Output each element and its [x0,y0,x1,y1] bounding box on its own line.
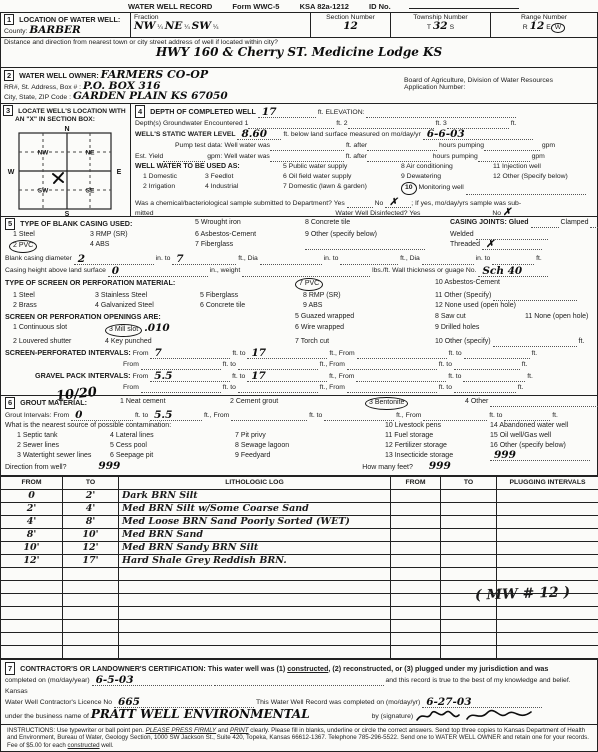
use-option-11: 11 Injection well [493,162,541,172]
use-option-7: 7 Domestic (lawn & garden) [283,182,401,195]
gw-2: ft. 2 [336,120,347,127]
gpi-ft-end-2: ft. [518,384,524,391]
log-cell-litho [119,567,391,580]
gpi-blank-4b [454,385,516,393]
business-name-label: under the business name of [5,713,89,720]
casing-option-9: 9 Other (specify below) [305,230,450,240]
log-cell-pt [441,515,497,528]
log-cell-plug [497,502,598,515]
chem-yes-blank [347,200,373,208]
static-level-value: 8.60 [241,129,267,140]
section1-section-cell: Section Number 12 [311,13,391,37]
log-cell-from [1,619,63,632]
business-name-value: PRATT WELL ENVIRONMENTAL [91,707,310,721]
section3-number: 3 [3,105,13,116]
log-cell-litho [119,632,391,645]
cert-blank-1 [214,678,384,686]
township-t: T [427,24,431,31]
compass-w: W [8,169,15,176]
col-from-1: FROM [1,476,63,489]
log-cell-pf [391,645,441,658]
col-from-2: FROM [391,476,441,489]
yield-gpm-label: gpm: [207,153,222,160]
section6: 6 GROUT MATERIAL: 1 Neat cement 2 Cement… [1,396,597,476]
opening-other-blank [493,339,577,347]
licence-number: 665 [118,697,140,708]
groundwater-label: Depth(s) Groundwater Encountered [135,120,243,127]
log-cell-pt [441,619,497,632]
log-cell-plug [497,541,598,554]
section3-title-2: AN "X" IN SECTION BOX: [15,116,95,123]
compass-n: N [64,126,69,133]
log-cell-to: 4' [63,502,119,515]
log-cell-to [63,619,119,632]
pump-hours-1: hours pumping [439,142,484,149]
fraction-3: SW [192,20,211,32]
opening-option-9: 9 Drilled holes [435,323,479,337]
section4-cell: 4 DEPTH OF COMPLETED WELL 17 ft. ELEVATI… [131,104,597,216]
log-table-row: 4'8'Med Loose BRN Sand Poorly Sorted (WE… [1,515,598,528]
gpi-from-label-2: ft., From [329,373,354,380]
depth-ft: ft. [318,109,324,116]
screen-option-6: 6 Concrete tile [200,301,295,311]
screen-other-blank [493,293,577,301]
section3-title-1: LOCATE WELL'S LOCATION WITH [18,108,126,115]
log-cell-pt [441,645,497,658]
log-cell-pt [441,606,497,619]
dia-into-1: in. to [156,255,171,262]
log-cell-pf [391,554,441,567]
dia-blank-2b [340,257,398,265]
disinfected-label: Water Well Disinfected? Yes [335,210,420,217]
col-plugging-intervals: PLUGGING INTERVALS [497,476,598,489]
casing-depth-value: 7 [176,254,183,265]
section-number-value: 12 [343,20,358,32]
casing-option-8: 8 Concrete tile [305,218,450,230]
contam-option-9: 9 Feedyard [235,451,385,461]
how-many-feet-label: How many feet? [362,464,413,471]
gi-ft-end: ft. [552,412,558,419]
log-cell-from [1,645,63,658]
log-cell-from [1,580,63,593]
log-cell-from: 12' [1,554,63,567]
how-many-feet-value: 999 [429,460,451,472]
log-cell-pf [391,541,441,554]
log-cell-pf [391,502,441,515]
log-cell-pf [391,593,441,606]
log-cell-from: 10' [1,541,63,554]
pump-www-1: Well water was [225,142,271,149]
section1-distance-row: Distance and direction from nearest town… [1,38,597,68]
section1-number: 1 [4,14,14,25]
spi-blank-2a [357,351,447,359]
compass-e: E [117,169,122,176]
screen-interval-to: 17 [251,348,266,359]
agency-label: Board of Agriculture, Division of Water … [404,77,553,84]
gi-from-label-2: ft., From [204,412,229,419]
section1-township-cell: Township Number T 32 S [391,13,491,37]
application-number-label: Application Number: [404,84,465,91]
opening-option-1: 1 Continuous slot [5,323,105,337]
log-cell-to [63,580,119,593]
dia-blank-3a [422,257,474,265]
dia-blank-2a [260,257,322,265]
gpi-from-label-3: From [123,384,139,391]
opening-other-ft: ft. [579,338,585,345]
pump-blank-4 [270,154,344,162]
static-level-mid-label: ft. below land surface measured on mo/da… [283,131,421,138]
quarter-1: ¼ [157,24,162,31]
quad-nw: NW [38,149,50,156]
log-cell-litho [119,593,391,606]
gi-blank-2a [231,413,307,421]
licence-label: Water Well Contractor's Licence No [5,699,112,706]
log-cell-pt [441,541,497,554]
casing-option-7: 7 Fiberglass [195,240,305,253]
casing-option-2-circled: 2 PVC [9,240,37,253]
county-value: BARBER [29,24,80,36]
log-cell-pt [441,502,497,515]
lithologic-log-table: FROM TO LITHOLOGIC LOG FROM TO PLUGGING … [0,476,598,659]
direction-label: Direction from well? [5,464,66,471]
clamped-blank [590,220,598,228]
log-cell-from [1,567,63,580]
section2-number: 2 [4,70,14,81]
log-cell-litho: Dark BRN Silt [119,489,391,502]
chem-no-x: ✗ [389,198,397,208]
log-table-row: 02'Dark BRN Silt [1,489,598,502]
casing-height-label: Casing height above land surface [5,267,106,274]
depth-value: 17 [262,107,277,118]
contam-option-6: 6 Seepage pit [110,451,235,461]
form-number: Form WWC-5 [232,2,279,11]
compass-s: S [65,211,70,216]
casing-diameter-value: 2 [78,254,85,265]
log-cell-to: 2' [63,489,119,502]
gpi-from-label-1: From [132,373,148,380]
pump-blank-1 [270,143,344,151]
log-table-row [1,567,598,580]
grout-interval-from: 0 [75,410,82,421]
log-cell-to [63,632,119,645]
use-label: WELL WATER TO BE USED AS: [135,162,283,172]
wall-thickness-value: Sch 40 [482,266,522,277]
log-table-row [1,645,598,658]
spi-to-label-3: ft. to [223,361,236,368]
log-cell-litho [119,606,391,619]
log-cell-from: 8' [1,528,63,541]
spi-blank-2b [464,351,530,359]
gw-blank-2 [348,121,434,129]
log-cell-pf [391,567,441,580]
screen-material-title: TYPE OF SCREEN OR PERFORATION MATERIAL: [5,278,175,287]
yield-blank [163,154,205,162]
gw-ft-end: ft. [511,120,517,127]
grout-other-blank [490,399,598,407]
opening-option-5: 5 Guazed wrapped [295,312,435,323]
contam-option-12: 12 Fertilizer storage [385,441,490,451]
section5-number: 5 [5,218,15,230]
gravel-interval-from: 5.5 [154,371,172,382]
log-cell-litho: Med BRN Silt w/Some Coarse Sand [119,502,391,515]
gravel-intervals-label: GRAVEL PACK INTERVALS: [35,371,131,380]
col-to-2: TO [441,476,497,489]
log-cell-pt [441,567,497,580]
log-cell-litho [119,580,391,593]
casing-height-value: 0 [112,266,119,277]
gpi-blank-2b [463,374,525,382]
certification-constructed: constructed [287,664,328,673]
log-table-row: 2'4'Med BRN Silt w/Some Coarse Sand [1,502,598,515]
id-blank [409,2,519,9]
screen-option-11: 11 Other (Specify) [435,292,491,299]
pump-blank-2 [367,143,437,151]
log-cell-from [1,606,63,619]
section1-location-row: 1 LOCATION OF WATER WELL: County: BARBER… [1,13,597,38]
city-label: City, State, ZIP Code : [4,94,71,101]
log-table-row [1,632,598,645]
pump-blank-3 [484,143,540,151]
threaded-x: ✗ [486,240,494,250]
screen-option-5: 5 Fiberglass [200,291,295,301]
screen-option-8: 8 RMP (SR) [295,291,435,301]
screen-option-10: 10 Asbestos-Cement [435,278,500,291]
disinfected-no-label: No [492,210,501,217]
contam-option-10: 10 Livestock pens [385,421,490,431]
section6-number: 6 [5,397,15,409]
range-r: R [523,24,528,31]
threaded-label: Threaded [450,241,480,248]
chem-sample-label: Was a chemical/bacteriological sample su… [135,200,345,207]
gi-blank-3b [504,413,550,421]
grout-intervals-label: Grout Intervals: From [5,412,69,419]
section-box-diagram: N S W E NW NE SW SE [3,124,127,216]
spi-blank-3b [238,362,318,370]
distance-value: HWY 160 & Cherry ST. Medicine Lodge KS [156,45,442,59]
section2-owner-row: 2 WATER WELL OWNER: FARMERS CO-OP RR#, S… [1,68,597,104]
city-value: GARDEN PLAIN KS 67050 [73,90,228,102]
form-title: WATER WELL RECORD [128,2,212,11]
use-option-12: 12 Other (Specify below) [493,172,568,182]
casing-option-1: 1 Steel [5,230,90,240]
gravel-interval-to: 17 [251,371,266,382]
log-cell-plug [497,515,598,528]
use-option-5: 5 Public water supply [283,162,401,172]
section1-fraction-cell: Fraction NW ¼ NE ¼ SW ¼ [131,13,311,37]
gi-from-label-3: ft., From [396,412,421,419]
gi-to-label-1: ft. to [135,412,148,419]
log-cell-pf [391,619,441,632]
log-table-row: 10'12'Med BRN Sandy BRN Silt [1,541,598,554]
address-label: RR#, St. Address, Box # : [4,84,81,91]
log-cell-litho: Med BRN Sand [119,528,391,541]
log-cell-pf [391,606,441,619]
county-label: County: [4,28,27,35]
log-cell-plug [497,567,598,580]
grout-option-1: 1 Neat cement [120,397,230,410]
log-cell-pt [441,632,497,645]
pump-after-1: ft. after [346,142,367,149]
spi-from-label-2: ft., From [329,350,354,357]
gpi-ft-end-1: ft. [527,373,533,380]
opening-option-4: 4 Key punched [105,337,295,347]
contam-option-3: 3 Watertight sewer lines [5,451,110,461]
use-option-9: 9 Dewatering [401,172,493,182]
opening-option-11: 11 None (open hole) [525,312,588,323]
section1-county-cell: 1 LOCATION OF WATER WELL: County: BARBER [1,13,131,37]
casing-other-blank [305,242,425,250]
contam-option-8: 8 Sewage lagoon [235,441,385,451]
col-to-1: TO [63,476,119,489]
log-cell-to [63,645,119,658]
glued-blank [531,220,559,228]
form-id-label: ID No. [369,2,391,11]
chem-no-label: No [375,200,384,207]
gpi-from-label-4: ft., From [320,384,345,391]
contam-option-7: 7 Pit privy [235,431,385,441]
depth-label: DEPTH OF COMPLETED WELL [150,107,256,116]
opening-option-3-circled: 3 Mill slot [105,324,142,337]
welded-label: Welded [450,231,474,238]
pump-test-label: Pump test data: [175,142,223,149]
dia-ftdia-2: ft., Dia [400,255,420,262]
pump-hours-2: hours pumping [433,153,478,160]
spi-ft-end-2: ft. [522,361,528,368]
section1-range-cell: Range Number R 12 EW [491,13,597,37]
record-completed-label: This Water Well Record was completed on … [256,699,420,706]
completed-on-label: completed on (mo/day/year) [5,677,90,684]
use-option-3: 3 Feedlot [205,172,283,182]
log-cell-plug [497,489,598,502]
use-option-10-label: Monitoring well [418,184,463,191]
log-cell-pt [441,554,497,567]
contam-option-5: 5 Cess pool [110,441,235,451]
wall-thickness-label: lbs./ft. Wall thickness or guage No. [372,267,476,274]
contam-option-2: 2 Sewer lines [5,441,110,451]
quarter-3: ¼ [213,24,218,31]
log-cell-litho: Hard Shale Grey Reddish BRN. [119,554,391,567]
gi-to-label-2: ft. to [309,412,322,419]
dia-into-2: in. to [324,255,339,262]
gpi-blank-2a [356,374,446,382]
log-table-row: 12'17'Hard Shale Grey Reddish BRN. [1,554,598,567]
spi-from-label-4: ft., From [320,361,345,368]
contam-other-value: 999 [494,450,516,461]
screen-option-9: 9 ABS [295,301,435,311]
elevation-blank [366,110,516,118]
pump-www-2: Well water was [224,153,270,160]
log-cell-pf [391,528,441,541]
well-x-mark [53,173,63,183]
contam-option-4: 4 Lateral lines [110,431,235,441]
form-ksa: KSA 82a-1212 [300,2,349,11]
screen-intervals-label: SCREEN-PERFORATED INTERVALS: [5,348,131,357]
dia-ftdia-1: ft., Dia [238,255,258,262]
signature-scrawl [415,709,535,723]
screen-option-1: 1 Steel [5,291,95,301]
log-cell-litho [119,645,391,658]
instructions-press-firmly: PLEASE PRESS FIRMLY [146,727,217,734]
quad-ne: NE [85,149,95,156]
log-cell-from: 0 [1,489,63,502]
section3-4-row: 3 LOCATE WELL'S LOCATION WITH AN "X" IN … [1,104,597,217]
completed-date: 6-5-03 [96,675,134,686]
quad-se: SE [86,187,95,194]
dia-into-3: in. to [476,255,491,262]
log-cell-from [1,632,63,645]
dia-ft-end: ft. [536,255,542,262]
log-cell-plug [497,645,598,658]
log-cell-pt [441,528,497,541]
clamped-label: Clamped [560,219,588,226]
pump-blank-6 [478,154,530,162]
spi-to-label-1: ft. to [232,350,245,357]
dia-blank-3b [492,257,534,265]
log-cell-litho: Med BRN Sandy BRN Silt [119,541,391,554]
instructions-text-3: well. [100,742,114,749]
mw-12-note: ( MW # 12 ) [475,584,571,603]
quad-sw: SW [38,187,49,194]
contam-option-15: 15 Oil well/Gas well [490,431,551,441]
grout-option-3-circled: 3 Bentonite [365,397,408,410]
log-cell-to: 12' [63,541,119,554]
openings-title: SCREEN OR PERFORATION OPENINGS ARE: [5,312,161,321]
log-cell-from: 2' [1,502,63,515]
log-cell-pt [441,489,497,502]
log-cell-to: 17' [63,554,119,567]
gravel-size-note: 10/20 [55,385,97,402]
weight-blank [242,269,370,277]
casing-option-4: 4 ABS [90,240,195,253]
section3-cell: 3 LOCATE WELL'S LOCATION WITH AN "X" IN … [1,104,131,216]
opening-option-2: 2 Louvered shutter [5,337,105,347]
contamination-label: What is the nearest source of possible c… [5,421,385,431]
grout-option-2: 2 Cement grout [230,397,365,410]
spi-from-label-1: From [133,350,149,357]
contam-option-13: 13 Insecticide storage [385,451,490,461]
owner-title: WATER WELL OWNER: [19,71,99,80]
use-option-8: 8 Air conditioning [401,162,493,172]
log-cell-pf [391,489,441,502]
casing-joints-label: CASING JOINTS: Glued [450,219,529,226]
log-cell-to: 10' [63,528,119,541]
screen-interval-from: 7 [154,348,161,359]
direction-value: 999 [98,460,120,472]
gpi-blank-3b [238,385,318,393]
signature-label: by (signature) [372,713,414,720]
log-cell-to [63,567,119,580]
log-cell-pf [391,632,441,645]
contam-option-1: 1 Septic tank [5,431,110,441]
casing-diameter-label: Blank casing diameter [5,255,72,262]
screen-option-7-circled: 7 PVC [295,278,323,291]
log-cell-plug [497,619,598,632]
section5: 5 TYPE OF BLANK CASING USED: 5 Wrought i… [1,217,597,396]
use-option-2: 2 Irrigation [135,182,205,195]
section1-title: LOCATION OF WATER WELL: [19,15,120,24]
gpi-to-label-2: ft. to [448,373,461,380]
casing-option-6: 6 Asbestos-Cement [195,230,305,240]
gpi-blank-4a [347,385,437,393]
gw-3: ft. 3 [435,120,446,127]
gpi-blank-3a [141,385,221,393]
use-option-4: 4 Industrial [205,182,283,195]
contam-option-11: 11 Fuel storage [385,431,490,441]
instructions-constructed: constructed [68,742,100,749]
casing-title: TYPE OF BLANK CASING USED: [20,219,132,228]
log-cell-litho [119,619,391,632]
log-cell-to: 8' [63,515,119,528]
